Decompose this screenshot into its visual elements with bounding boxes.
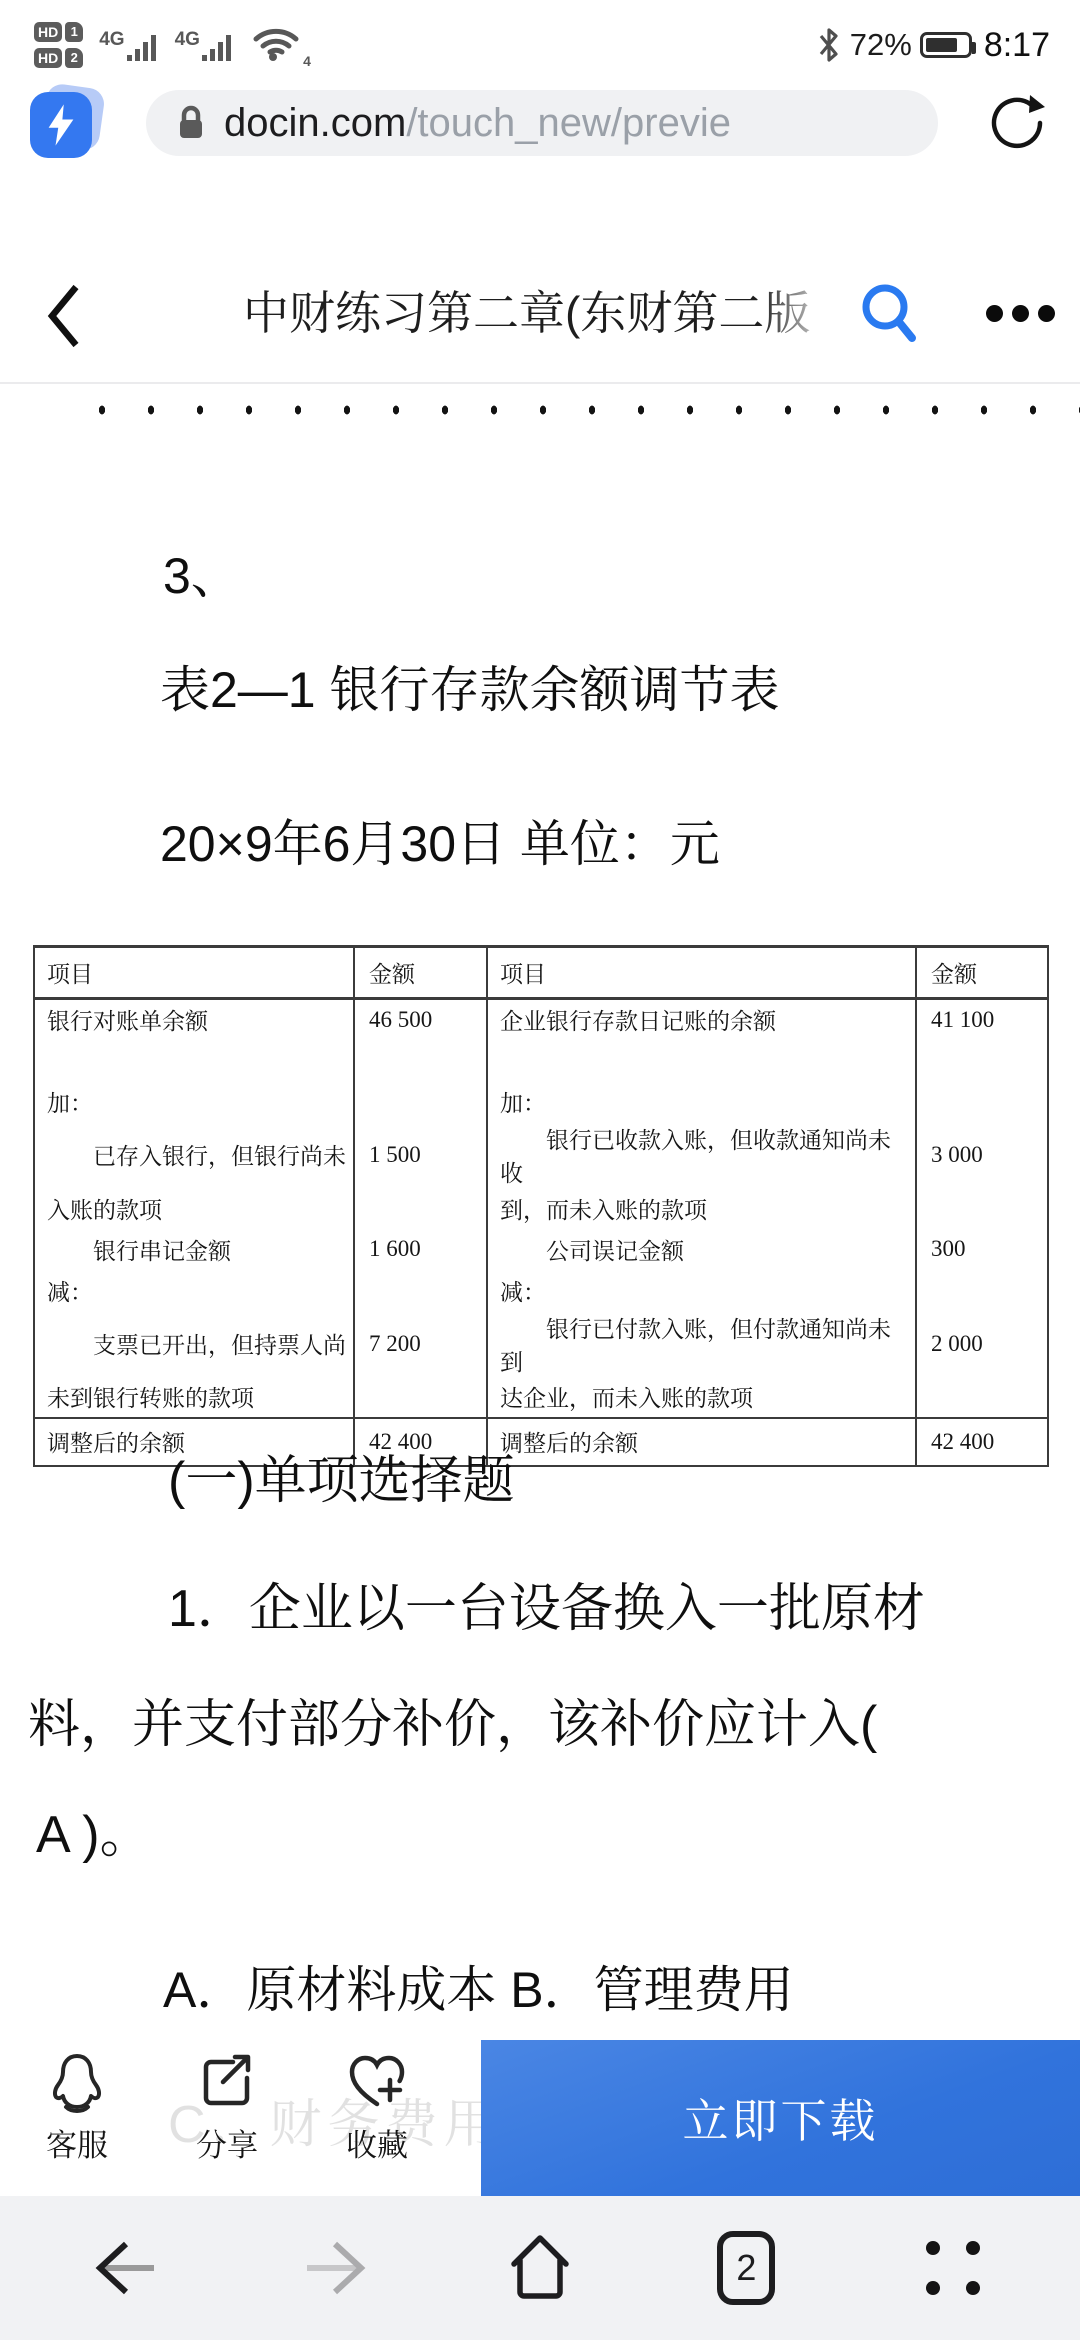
grid-menu-icon: [926, 2241, 980, 2295]
status-right-cluster: 72% 8:17: [816, 25, 1050, 65]
table-cell: 公司误记金额: [487, 1229, 916, 1270]
table-cell: 300: [916, 1229, 1048, 1270]
hd-indicators: HD 1 HD 2: [34, 22, 83, 68]
table-row: 已存入银行，但银行尚未1 500 银行已收款入账，但收款通知尚未收3 000: [34, 1122, 1048, 1188]
address-bar[interactable]: docin.com/touch_new/previe: [146, 90, 938, 156]
question-line-1: 1．企业以一台设备换入一批原材: [168, 1566, 925, 1641]
favorite-button[interactable]: 收藏: [328, 2052, 426, 2196]
url-domain: docin.com: [224, 101, 406, 146]
status-left-cluster: HD 1 HD 2 4G 4G: [34, 22, 300, 68]
ellipsis-icon: [986, 305, 1003, 322]
table-cell: 银行串记金额: [34, 1229, 354, 1270]
tab-count: 2: [736, 2247, 756, 2289]
heart-plus-icon: [346, 2052, 408, 2114]
ellipsis-icon: [1038, 305, 1055, 322]
table-cell: [354, 1081, 487, 1122]
title-bar: 中财练习第二章(东财第二版: [0, 250, 1080, 382]
table-cell: [354, 1270, 487, 1311]
signal-bars-icon: [200, 27, 234, 63]
arrow-right-icon: [299, 2241, 369, 2295]
table-row: [34, 1040, 1048, 1081]
table-cell: [354, 1188, 487, 1229]
table-cell: [34, 1040, 354, 1081]
options-line: A．原材料成本 B．管理费用: [163, 1950, 794, 2022]
qq-penguin-icon: [48, 2052, 106, 2114]
nav-menu-button[interactable]: [908, 2218, 998, 2318]
battery-percent: 72%: [850, 27, 912, 63]
download-button[interactable]: 立即下载: [481, 2040, 1080, 2196]
url-path: /touch_new/previe: [406, 101, 731, 146]
table-row: 入账的款项到，而未入账的款项: [34, 1188, 1048, 1229]
table-cell: 支票已开出，但持票人尚: [34, 1311, 354, 1377]
table-cell: [916, 1081, 1048, 1122]
share-icon: [199, 2052, 255, 2114]
search-icon: [858, 280, 920, 346]
table-cell: [916, 1040, 1048, 1081]
table-cell: [354, 1377, 487, 1418]
signal-icon-sim1: 4G: [99, 27, 158, 63]
table-cell: [916, 1377, 1048, 1418]
hd2-icon: HD 2: [34, 48, 83, 68]
table-cell: 未到银行转账的款项: [34, 1377, 354, 1418]
table-cell: 加：: [34, 1081, 354, 1122]
table-row: 支票已开出，但持票人尚7 200 银行已付款入账，但付款通知尚未到2 000: [34, 1311, 1048, 1377]
table-cell: 1 600: [354, 1229, 487, 1270]
network-type-2: 4G: [175, 29, 200, 51]
table-cell: 已存入银行，但银行尚未: [34, 1122, 354, 1188]
nav-back-button[interactable]: [82, 2218, 172, 2318]
hd1-label: HD: [34, 22, 62, 42]
table-cell: 2 000: [916, 1311, 1048, 1377]
table-cell: [354, 1040, 487, 1081]
table-row: 减：减：: [34, 1270, 1048, 1311]
back-button[interactable]: [44, 282, 84, 355]
table-header-row: 项目 金额 项目 金额: [34, 947, 1048, 999]
nav-tabs-button[interactable]: 2: [701, 2218, 791, 2318]
table-cell: 银行对账单余额: [34, 999, 354, 1040]
chevron-left-icon: [44, 282, 84, 350]
question-line-3: A )。: [36, 1792, 152, 1867]
wifi-speed-mark: 4: [303, 53, 311, 69]
table-cell: 银行已付款入账，但付款通知尚未到: [487, 1311, 916, 1377]
customer-service-label: 客服: [46, 2120, 108, 2165]
table-cell: 3 000: [916, 1122, 1048, 1188]
refresh-button[interactable]: [982, 88, 1052, 158]
document-toolbar: 客服 分享 收藏 立即下载: [0, 2040, 1080, 2196]
arrow-left-icon: [92, 2241, 162, 2295]
bluetooth-icon: [816, 25, 842, 65]
search-button[interactable]: [858, 280, 920, 351]
wifi-icon: 4: [252, 24, 300, 67]
table-cell: [916, 1188, 1048, 1229]
browser-app-icon[interactable]: [28, 84, 106, 162]
refresh-icon: [985, 91, 1049, 155]
table-row: 银行对账单余额46 500企业银行存款日记账的余额41 100: [34, 999, 1048, 1040]
item-number: 3、: [163, 536, 241, 608]
favorite-label: 收藏: [346, 2120, 408, 2165]
table-cell: 加：: [487, 1081, 916, 1122]
dotted-separator: [92, 400, 1080, 420]
table-row: 未到银行转账的款项达企业，而未入账的款项: [34, 1377, 1048, 1418]
tab-count-icon: 2: [717, 2231, 775, 2305]
hd2-label: HD: [34, 48, 62, 68]
share-label: 分享: [196, 2120, 258, 2165]
sim1-badge: 1: [65, 22, 83, 42]
download-label: 立即下载: [683, 2085, 879, 2151]
ellipsis-icon: [1012, 305, 1029, 322]
more-menu-button[interactable]: [970, 280, 1070, 346]
bank-reconciliation-table: 项目 金额 项目 金额 银行对账单余额46 500企业银行存款日记账的余额41 …: [33, 945, 1049, 1467]
table-cell: 46 500: [354, 999, 487, 1040]
clock: 8:17: [984, 26, 1050, 65]
battery-icon: [920, 32, 972, 58]
share-button[interactable]: 分享: [178, 2052, 276, 2196]
url-row: docin.com/touch_new/previe: [0, 78, 1080, 168]
lightning-icon: [44, 103, 78, 147]
table-cell: 1 500: [354, 1122, 487, 1188]
signal-bars-icon: [125, 27, 159, 63]
lock-icon: [176, 104, 206, 142]
table-cell: 达企业，而未入账的款项: [487, 1377, 916, 1418]
page-title: 中财练习第二章(东财第二版: [243, 278, 843, 348]
table-cell: 入账的款项: [34, 1188, 354, 1229]
table-cell: 减：: [34, 1270, 354, 1311]
table-cell: 7 200: [354, 1311, 487, 1377]
col-header: 金额: [916, 947, 1048, 999]
table-caption: 表2—1 银行存款余额调节表: [160, 650, 780, 722]
table-cell: 42 400: [916, 1418, 1048, 1466]
table-row: 加：加：: [34, 1081, 1048, 1122]
nav-home-button[interactable]: [495, 2218, 585, 2318]
status-bar: HD 1 HD 2 4G 4G: [0, 0, 1080, 84]
sim2-badge: 2: [65, 48, 83, 68]
network-type-1: 4G: [99, 29, 124, 51]
home-icon: [502, 2230, 578, 2306]
nav-forward-button: [289, 2218, 379, 2318]
table-cell: 调整后的余额: [487, 1418, 916, 1466]
table-cell: [487, 1040, 916, 1081]
table-cell: 银行已收款入账，但收款通知尚未收: [487, 1122, 916, 1188]
header-divider: [0, 382, 1080, 384]
signal-icon-sim2: 4G: [175, 27, 234, 63]
table-cell: [916, 1270, 1048, 1311]
phone-screen: HD 1 HD 2 4G 4G: [0, 0, 1080, 2340]
col-header: 项目: [34, 947, 354, 999]
col-header: 项目: [487, 947, 916, 999]
hd1-icon: HD 1: [34, 22, 83, 42]
question-line-2: 料，并支付部分补价，该补价应计入(: [28, 1682, 877, 1757]
col-header: 金额: [354, 947, 487, 999]
table-row: 银行串记金额1 600 公司误记金额300: [34, 1229, 1048, 1270]
customer-service-button[interactable]: 客服: [28, 2052, 126, 2196]
table-cell: 减：: [487, 1270, 916, 1311]
table-cell: 企业银行存款日记账的余额: [487, 999, 916, 1040]
table-cell: 到，而未入账的款项: [487, 1188, 916, 1229]
toolbar-left: 客服 分享 收藏: [0, 2040, 481, 2196]
section-heading: (一)单项选择题: [168, 1438, 515, 1513]
table-cell: 41 100: [916, 999, 1048, 1040]
browser-nav-bar: 2: [0, 2196, 1080, 2340]
table-date-unit: 20×9年6月30日 单位：元: [160, 804, 720, 876]
